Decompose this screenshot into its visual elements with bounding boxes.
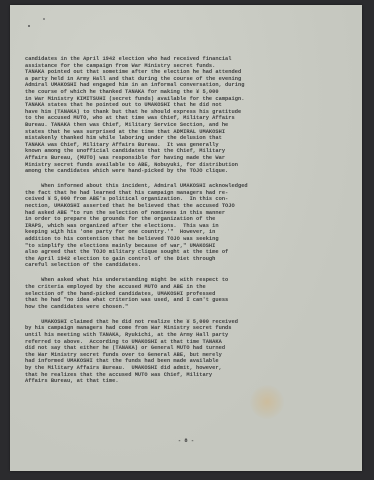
text-line: among the candidates which were hand-pic… xyxy=(25,168,273,175)
text-line: by the Military Affairs Bureau. UMAKOSHI… xyxy=(25,365,273,372)
text-line: TANAKA states that he pointed out to UMA… xyxy=(25,102,273,109)
text-line: keeping with his 'one party for one coun… xyxy=(25,229,273,236)
text-line: assistance for the campaign from War Min… xyxy=(25,63,273,70)
text-line: Ministry secret funds available to ABE, … xyxy=(25,162,273,169)
text-line: careful selection of the candidates. xyxy=(25,262,273,269)
text-line: TANAKA pointed out that sometime after t… xyxy=(25,69,273,76)
text-line: referred to above. According to UMAKOSHI… xyxy=(25,339,273,346)
text-line: addition to his contention that he belie… xyxy=(25,236,273,243)
text-line: until his meeting with TANAKA, Ryukichi,… xyxy=(25,332,273,339)
text-line: a party held in Army Hall and that durin… xyxy=(25,76,273,83)
text-line: selection of the hand-picked candidates,… xyxy=(25,291,273,298)
text-line: by his campaign managers had come from W… xyxy=(25,325,273,332)
text-line: that he realizes that the accused MUTO w… xyxy=(25,372,273,379)
text-line: mistakenly thanked him while laboring un… xyxy=(25,135,273,142)
paper-speck xyxy=(28,25,30,27)
text-line: the War Ministry secret funds over to Ge… xyxy=(25,352,273,359)
paragraph: When informed about this incident, Admir… xyxy=(25,183,273,269)
text-line: Bureau. TANAKA then was Chief, Military … xyxy=(25,122,273,129)
text-line: to the accused MUTO, who at that time wa… xyxy=(25,115,273,122)
text-line: TANAKA was Chief, Military Affairs Burea… xyxy=(25,142,273,149)
paragraph: When asked what his understanding might … xyxy=(25,277,273,310)
document-page: candidates in the April 1942 election wh… xyxy=(10,5,362,471)
text-line: had asked ABE "to run the selection of n… xyxy=(25,210,273,217)
text-line: in War Ministry KIMITSUHI (secret funds)… xyxy=(25,96,273,103)
document-body: candidates in the April 1942 election wh… xyxy=(25,56,273,393)
text-line: the course of which he thanked TANAKA fo… xyxy=(25,89,273,96)
text-line: Affairs Bureau, (MUTO) was responsible f… xyxy=(25,155,273,162)
paragraph: UMAKOSHI claimed that he did not realize… xyxy=(25,319,273,385)
text-line: also agreed that the TOJO military cliqu… xyxy=(25,249,273,256)
text-line: known among the unofficial candidates th… xyxy=(25,148,273,155)
paragraph: candidates in the April 1942 election wh… xyxy=(25,56,273,175)
text-line: "to simplify the elections mainly becaus… xyxy=(25,243,273,250)
page-number: - 8 - xyxy=(10,438,362,444)
text-line: the April 1942 election to gain control … xyxy=(25,256,273,263)
paper-speck xyxy=(43,18,45,20)
text-line: Affairs Bureau, at that time. xyxy=(25,378,273,385)
text-line: had informed UMAKOSHI that the funds had… xyxy=(25,358,273,365)
text-line: in order to prepare the grounds for the … xyxy=(25,216,273,223)
text-line: UMAKOSHI claimed that he did not realize… xyxy=(25,319,273,326)
text-line: ceived ¥ 5,000 from ABE's political orga… xyxy=(25,196,273,203)
text-line: states that he was surprised at the time… xyxy=(25,129,273,136)
text-line: When informed about this incident, Admir… xyxy=(25,183,273,190)
text-line: that he had "no idea what criterion was … xyxy=(25,297,273,304)
text-line: did not say that either he (TANAKA) or G… xyxy=(25,345,273,352)
text-line: candidates in the April 1942 election wh… xyxy=(25,56,273,63)
text-line: the criteria employed by the accused MUT… xyxy=(25,284,273,291)
faded-stamp-icon xyxy=(250,385,284,419)
text-line: Admiral UMAKOSHI had engaged him in an i… xyxy=(25,82,273,89)
text-line: have him (TANAKA) to thank but that he s… xyxy=(25,109,273,116)
text-line: the fact that he had learned that his ca… xyxy=(25,190,273,197)
text-line: IRAPS, which was organized after the ele… xyxy=(25,223,273,230)
text-line: how the candidates were chosen." xyxy=(25,304,273,311)
text-line: nection, UMAKOSHI asserted that he belie… xyxy=(25,203,273,210)
text-line: When asked what his understanding might … xyxy=(25,277,273,284)
